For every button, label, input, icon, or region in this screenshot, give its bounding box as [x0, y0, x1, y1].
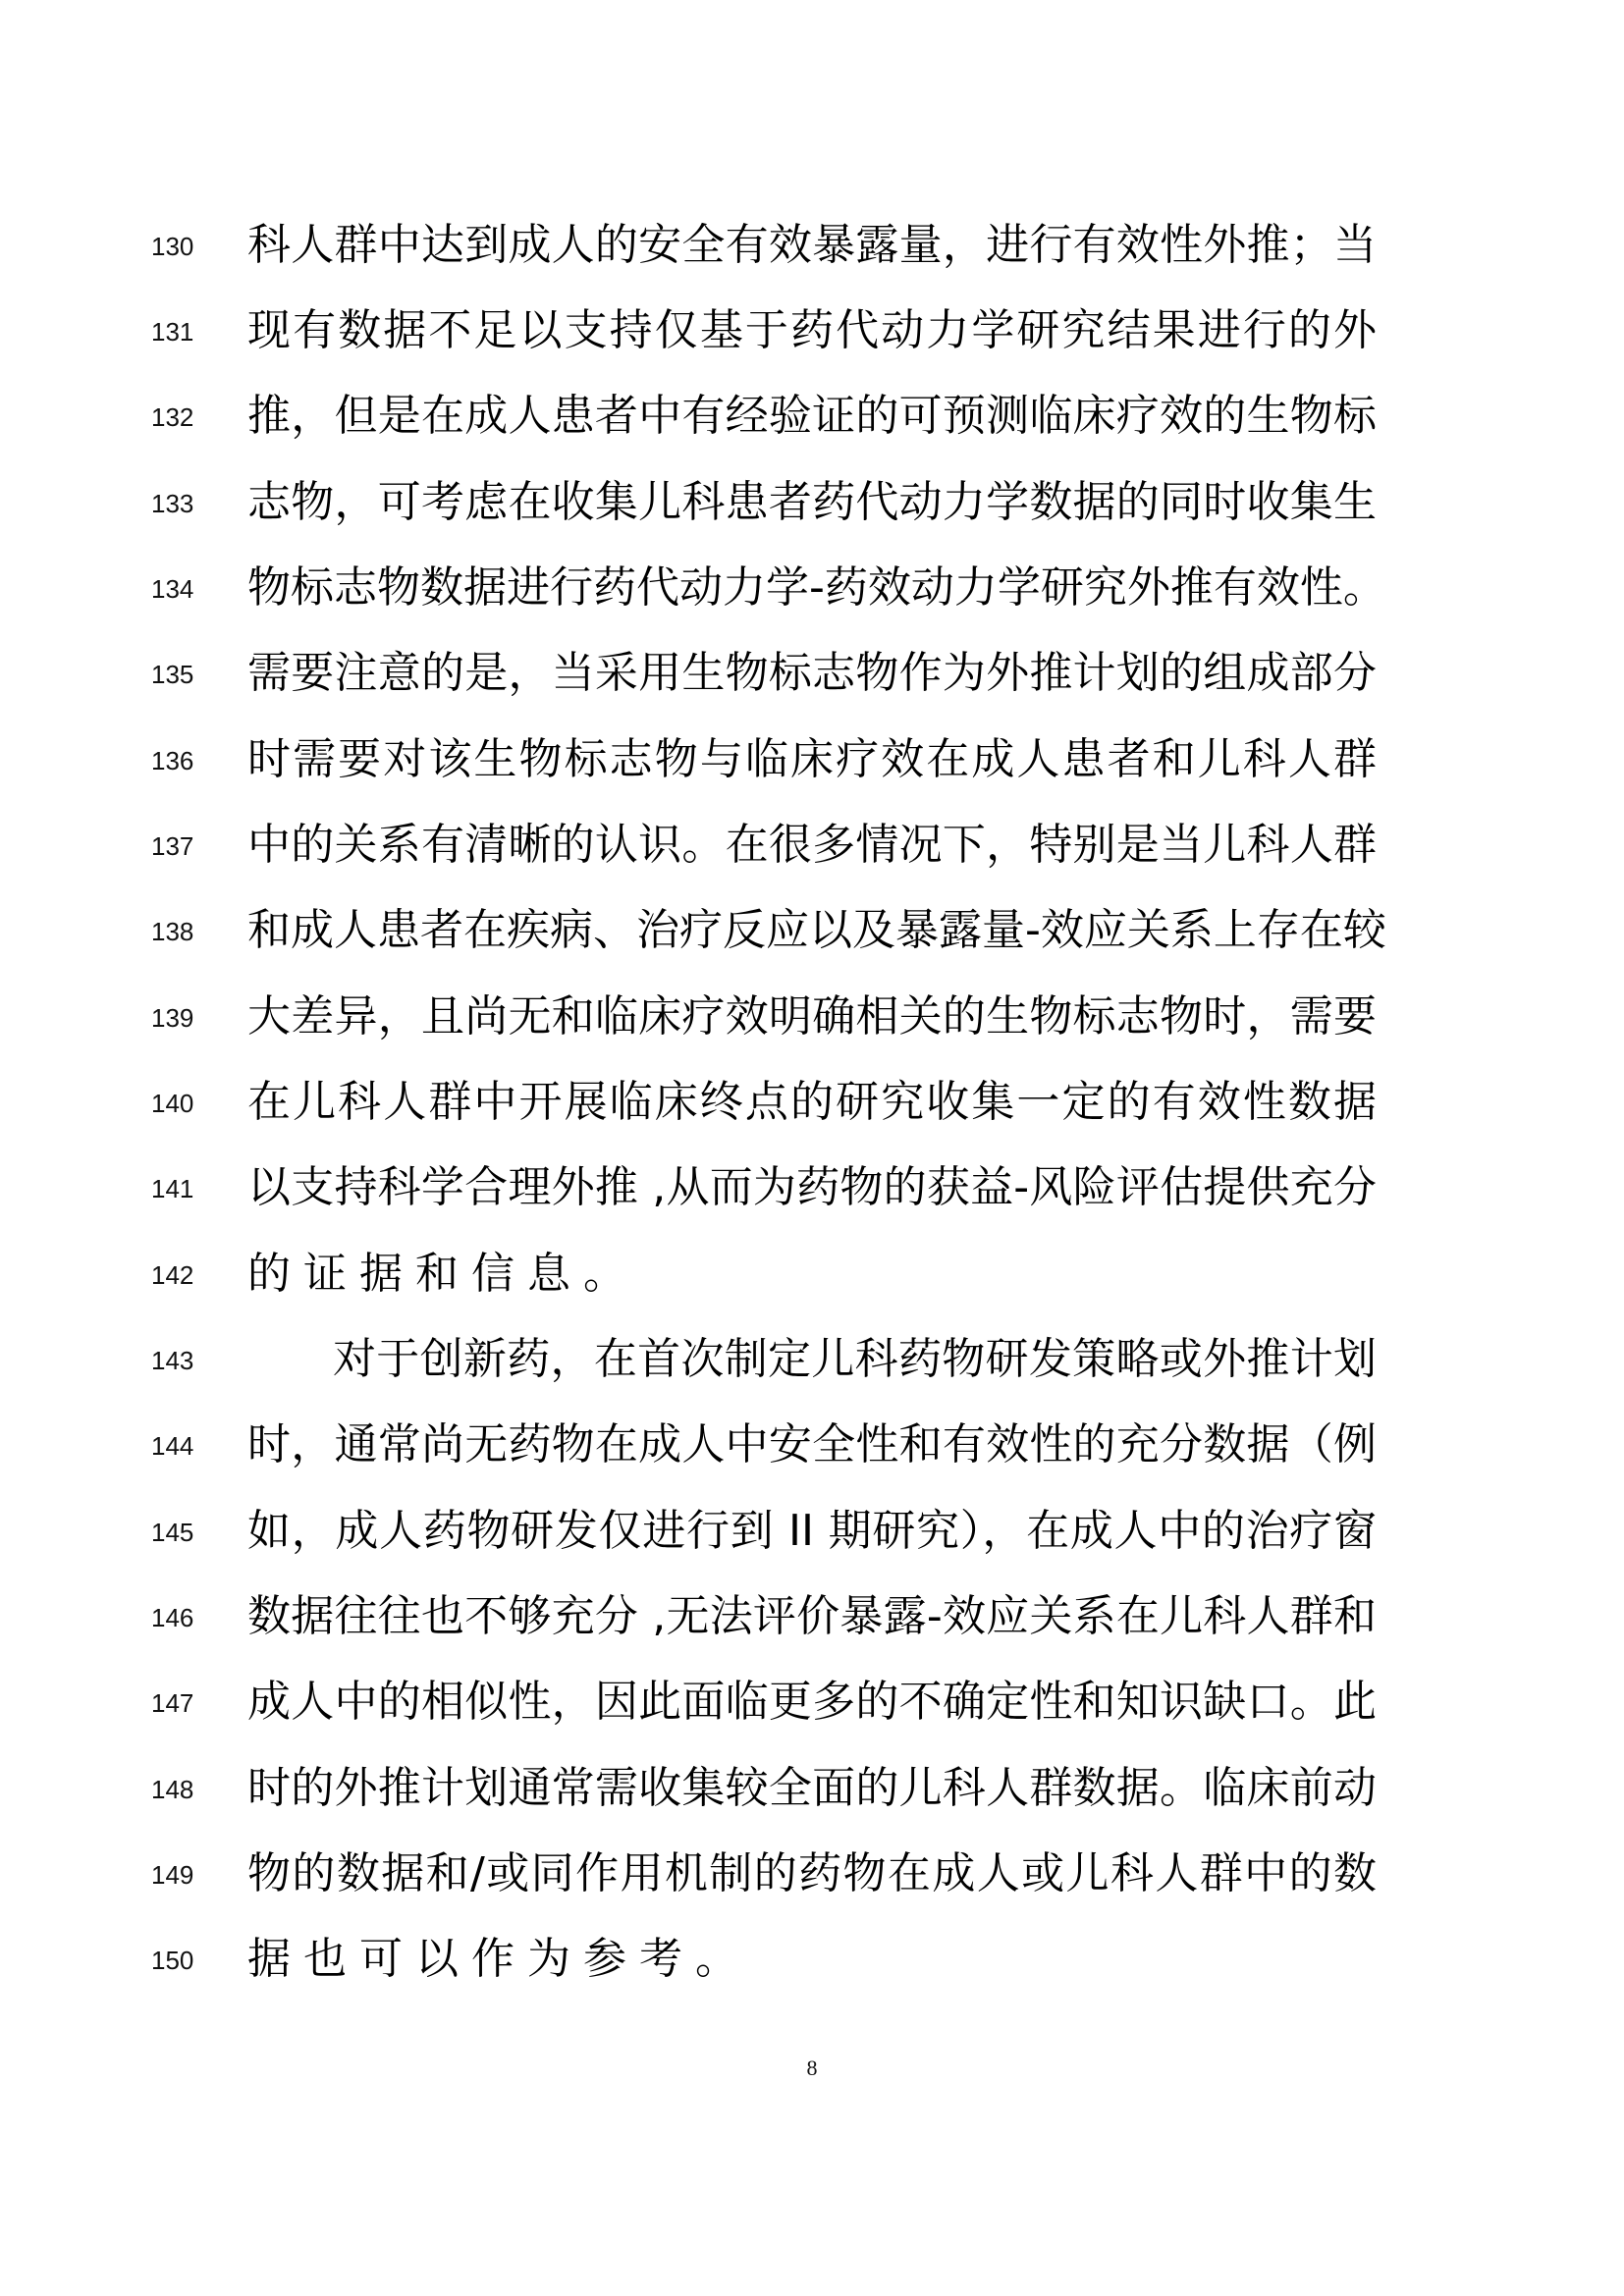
- line-text: 大差异，且尚无和临床疗效明确相关的生物标志物时，需要: [247, 989, 1377, 1044]
- line-text: 数据往往也不够充分 ,无法评价暴露-效应关系在儿科人群和: [247, 1589, 1377, 1644]
- text-line: 145 如，成人药物研发仅进行到 II 期研究），在成人中的治疗窗: [0, 1504, 1624, 1563]
- line-text: 科人群中达到成人的安全有效暴露量，进行有效性外推；当: [247, 218, 1377, 273]
- line-number: 150: [151, 1946, 210, 1975]
- line-number: 147: [151, 1688, 210, 1718]
- text-line: 140 在儿科人群中开展临床终点的研究收集一定的有效性数据: [0, 1075, 1624, 1134]
- line-text: 时的外推计划通常需收集较全面的儿科人群数据。临床前动: [247, 1761, 1377, 1816]
- text-line: 130 科人群中达到成人的安全有效暴露量，进行有效性外推；当: [0, 218, 1624, 277]
- line-number: 140: [151, 1089, 210, 1118]
- text-line: 134 物标志物数据进行药代动力学-药效动力学研究外推有效性。: [0, 561, 1624, 619]
- line-text: 中的关系有清晰的认识。在很多情况下，特别是当儿科人群: [247, 818, 1377, 873]
- line-number: 132: [151, 402, 210, 432]
- line-text: 推，但是在成人患者中有经验证的可预测临床疗效的生物标: [247, 389, 1377, 444]
- line-number: 133: [151, 489, 210, 518]
- line-number: 148: [151, 1775, 210, 1804]
- line-number: 142: [151, 1260, 210, 1290]
- document-page: 130 科人群中达到成人的安全有效暴露量，进行有效性外推；当 131 现有数据不…: [0, 0, 1624, 2296]
- text-line: 142 的证据和信息。: [0, 1247, 1624, 1306]
- line-number: 134: [151, 574, 210, 604]
- text-line: 141 以支持科学合理外推 ,从而为药物的获益-风险评估提供充分: [0, 1160, 1624, 1219]
- text-line: 144 时，通常尚无药物在成人中安全性和有效性的充分数据（例: [0, 1417, 1624, 1476]
- line-number: 141: [151, 1174, 210, 1203]
- line-text: 的证据和信息。: [247, 1247, 1377, 1302]
- line-text: 以支持科学合理外推 ,从而为药物的获益-风险评估提供充分: [247, 1160, 1377, 1215]
- line-text: 在儿科人群中开展临床终点的研究收集一定的有效性数据: [247, 1075, 1377, 1130]
- line-text: 需要注意的是，当采用生物标志物作为外推计划的组成部分: [247, 646, 1377, 701]
- line-number: 143: [151, 1346, 210, 1375]
- text-line: 146 数据往往也不够充分 ,无法评价暴露-效应关系在儿科人群和: [0, 1589, 1624, 1648]
- text-line: 132 推，但是在成人患者中有经验证的可预测临床疗效的生物标: [0, 389, 1624, 448]
- line-text: 时需要对该生物标志物与临床疗效在成人患者和儿科人群: [247, 732, 1377, 787]
- text-line: 138 和成人患者在疾病、治疗反应以及暴露量-效应关系上存在较: [0, 903, 1624, 962]
- text-line: 135 需要注意的是，当采用生物标志物作为外推计划的组成部分: [0, 646, 1624, 705]
- line-text: 现有数据不足以支持仅基于药代动力学研究结果进行的外: [247, 303, 1377, 358]
- line-number: 146: [151, 1603, 210, 1632]
- text-line: 137 中的关系有清晰的认识。在很多情况下，特别是当儿科人群: [0, 818, 1624, 877]
- text-line: 149 物的数据和/或同作用机制的药物在成人或儿科人群中的数: [0, 1846, 1624, 1905]
- line-text: 对于创新药，在首次制定儿科药物研发策略或外推计划: [333, 1332, 1377, 1387]
- text-line: 131 现有数据不足以支持仅基于药代动力学研究结果进行的外: [0, 303, 1624, 362]
- line-number: 145: [151, 1518, 210, 1547]
- line-number: 131: [151, 317, 210, 347]
- line-number: 149: [151, 1860, 210, 1890]
- text-line: 148 时的外推计划通常需收集较全面的儿科人群数据。临床前动: [0, 1761, 1624, 1820]
- line-number: 137: [151, 831, 210, 861]
- line-number: 135: [151, 660, 210, 689]
- line-number: 138: [151, 917, 210, 946]
- line-text: 成人中的相似性，因此面临更多的不确定性和知识缺口。此: [247, 1675, 1377, 1730]
- line-number: 130: [151, 232, 210, 261]
- line-text: 物标志物数据进行药代动力学-药效动力学研究外推有效性。: [247, 561, 1377, 615]
- text-line: 143 对于创新药，在首次制定儿科药物研发策略或外推计划: [0, 1332, 1624, 1391]
- line-text: 如，成人药物研发仅进行到 II 期研究），在成人中的治疗窗: [247, 1504, 1377, 1559]
- line-number: 136: [151, 746, 210, 775]
- text-line: 147 成人中的相似性，因此面临更多的不确定性和知识缺口。此: [0, 1675, 1624, 1734]
- page-number: 8: [0, 2056, 1624, 2081]
- line-number: 144: [151, 1431, 210, 1461]
- line-text: 时，通常尚无药物在成人中安全性和有效性的充分数据（例: [247, 1417, 1377, 1472]
- text-line: 150 据也可以作为参考。: [0, 1932, 1624, 1991]
- line-text: 物的数据和/或同作用机制的药物在成人或儿科人群中的数: [247, 1846, 1377, 1901]
- line-text: 据也可以作为参考。: [247, 1932, 1377, 1987]
- line-text: 和成人患者在疾病、治疗反应以及暴露量-效应关系上存在较: [247, 903, 1377, 958]
- text-line: 136 时需要对该生物标志物与临床疗效在成人患者和儿科人群: [0, 732, 1624, 791]
- text-line: 133 志物，可考虑在收集儿科患者药代动力学数据的同时收集生: [0, 475, 1624, 534]
- text-line: 139 大差异，且尚无和临床疗效明确相关的生物标志物时，需要: [0, 989, 1624, 1048]
- line-number: 139: [151, 1003, 210, 1033]
- line-text: 志物，可考虑在收集儿科患者药代动力学数据的同时收集生: [247, 475, 1377, 530]
